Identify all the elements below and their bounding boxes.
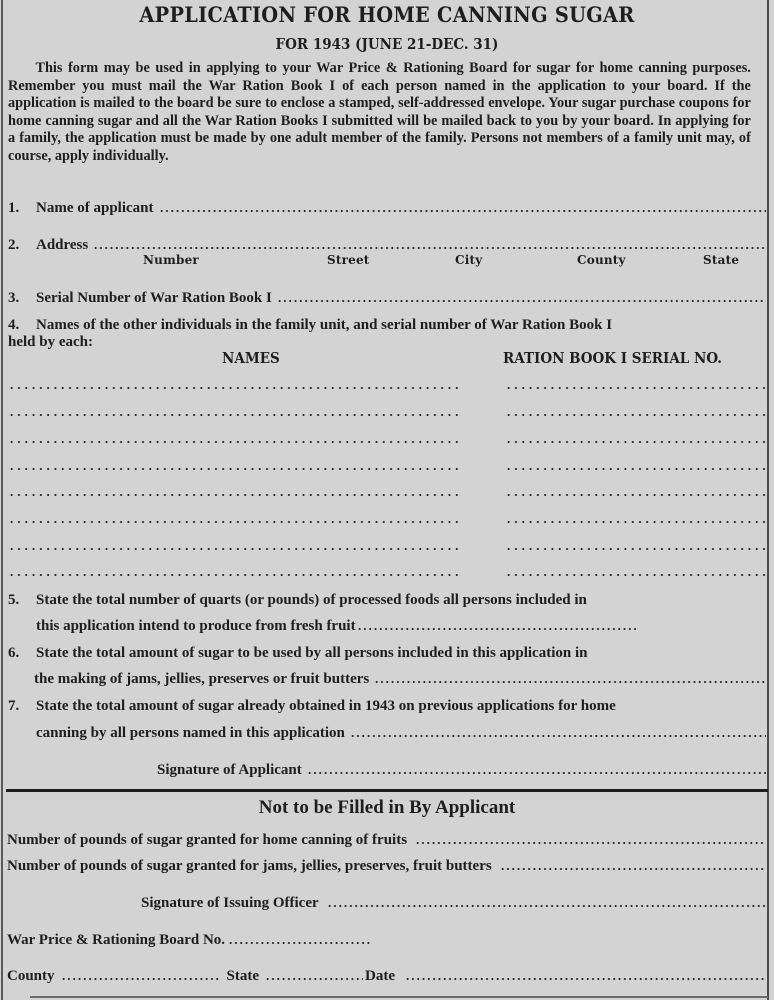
applicant-signature-row: Signature of Applicant	[157, 761, 766, 779]
granted-jams-label: Number of pounds of sugar granted for ja…	[7, 857, 492, 875]
address-sublabel-number: Number	[143, 253, 199, 267]
officer-signature-label: Signature of Issuing Officer	[141, 894, 319, 912]
signature-label: Signature of Applicant	[157, 761, 302, 779]
county-state-date-row: County State Date	[7, 967, 766, 985]
q7-number: 7.	[8, 697, 36, 715]
serial-column-header: RATION BOOK I SERIAL NO.	[503, 349, 722, 367]
q4-label-line1: Names of the other individuals in the fa…	[36, 316, 612, 334]
board-number-field[interactable]	[228, 941, 371, 945]
q6-line1: State the total amount of sugar to be us…	[36, 644, 587, 662]
jams-sugar-question: 6. State the total amount of sugar to be…	[8, 644, 766, 662]
family-name-field-6[interactable]	[8, 520, 458, 524]
family-serial-field-1[interactable]	[505, 386, 767, 390]
name-of-applicant-field[interactable]	[159, 209, 767, 213]
official-section-heading: Not to be Filled in By Applicant	[0, 797, 774, 819]
names-column-header: NAMES	[222, 349, 280, 367]
officer-signature-row: Signature of Issuing Officer	[141, 894, 766, 912]
family-name-field-8[interactable]	[8, 573, 458, 577]
board-number-label: War Price & Rationing Board No.	[7, 931, 225, 949]
family-members-question-cont: held by each:	[8, 333, 93, 351]
family-serial-field-6[interactable]	[505, 520, 767, 524]
serial-number-field[interactable]	[277, 299, 766, 303]
quarts-field[interactable]	[357, 627, 636, 631]
family-name-field-3[interactable]	[8, 440, 458, 444]
family-name-field-2[interactable]	[8, 413, 458, 417]
officer-signature-field[interactable]	[327, 904, 766, 908]
right-border	[767, 0, 769, 1000]
family-serial-field-2[interactable]	[505, 413, 767, 417]
family-name-field-5[interactable]	[8, 493, 458, 497]
q2-label: Address	[36, 236, 88, 254]
granted-fruits-label: Number of pounds of sugar granted for ho…	[7, 831, 407, 849]
jams-sugar-field[interactable]	[374, 680, 766, 684]
granted-jams-field[interactable]	[500, 867, 766, 871]
intro-paragraph: This form may be used in applying to you…	[8, 60, 751, 165]
q5-number: 5.	[8, 591, 36, 609]
date-label: Date	[365, 967, 395, 985]
previous-sugar-question-cont: canning by all persons named in this app…	[36, 724, 766, 742]
previous-sugar-field[interactable]	[350, 734, 766, 738]
serial-number-row: 3. Serial Number of War Ration Book I	[8, 289, 766, 307]
county-field[interactable]	[61, 977, 221, 981]
section-divider	[6, 789, 768, 792]
date-field[interactable]	[405, 977, 766, 981]
family-serial-field-8[interactable]	[505, 573, 767, 577]
q1-label: Name of applicant	[36, 199, 154, 217]
q4-number: 4.	[8, 316, 36, 334]
q3-label: Serial Number of War Ration Book I	[36, 289, 272, 307]
state-field[interactable]	[265, 977, 363, 981]
family-serial-field-3[interactable]	[505, 440, 767, 444]
jams-sugar-question-cont: the making of jams, jellies, preserves o…	[34, 670, 766, 688]
state-label: State	[227, 967, 260, 985]
q2-number: 2.	[8, 236, 36, 254]
applicant-signature-field[interactable]	[307, 771, 766, 775]
q4-label-line2: held by each:	[8, 333, 93, 351]
q5-line2: this application intend to produce from …	[36, 617, 356, 635]
q7-line2: canning by all persons named in this app…	[36, 724, 345, 742]
family-name-field-7[interactable]	[8, 547, 458, 551]
address-row: 2. Address	[8, 236, 766, 254]
quarts-question-cont: this application intend to produce from …	[36, 617, 636, 635]
q1-number: 1.	[8, 199, 36, 217]
previous-sugar-question: 7. State the total amount of sugar alrea…	[8, 697, 766, 715]
q5-line1: State the total number of quarts (or pou…	[36, 591, 587, 609]
family-serial-field-4[interactable]	[505, 467, 767, 471]
granted-jams-row: Number of pounds of sugar granted for ja…	[7, 857, 766, 875]
quarts-question: 5. State the total number of quarts (or …	[8, 591, 766, 609]
family-serial-field-7[interactable]	[505, 547, 767, 551]
application-form: APPLICATION FOR HOME CANNING SUGAR FOR 1…	[0, 0, 774, 1000]
address-sublabel-state: State	[703, 253, 739, 267]
form-subtitle: FOR 1943 (JUNE 21-DEC. 31)	[39, 35, 736, 53]
name-of-applicant-row: 1. Name of applicant	[8, 199, 766, 217]
left-border	[1, 0, 3, 1000]
q6-number: 6.	[8, 644, 36, 662]
granted-fruits-row: Number of pounds of sugar granted for ho…	[7, 831, 766, 849]
address-field[interactable]	[93, 246, 766, 250]
address-sublabel-street: Street	[327, 253, 370, 267]
granted-fruits-field[interactable]	[415, 841, 766, 845]
family-name-field-1[interactable]	[8, 386, 458, 390]
form-title: APPLICATION FOR HOME CANNING SUGAR	[31, 2, 743, 27]
family-members-question: 4. Names of the other individuals in the…	[8, 316, 766, 334]
address-sublabel-city: City	[455, 253, 482, 267]
county-label: County	[7, 967, 55, 985]
family-serial-field-5[interactable]	[505, 493, 767, 497]
q7-line1: State the total amount of sugar already …	[36, 697, 616, 715]
bottom-rule	[30, 996, 768, 998]
q3-number: 3.	[8, 289, 36, 307]
address-sublabel-county: County	[577, 253, 626, 267]
board-number-row: War Price & Rationing Board No.	[7, 931, 371, 949]
family-name-field-4[interactable]	[8, 467, 458, 471]
q6-line2: the making of jams, jellies, preserves o…	[34, 670, 369, 688]
